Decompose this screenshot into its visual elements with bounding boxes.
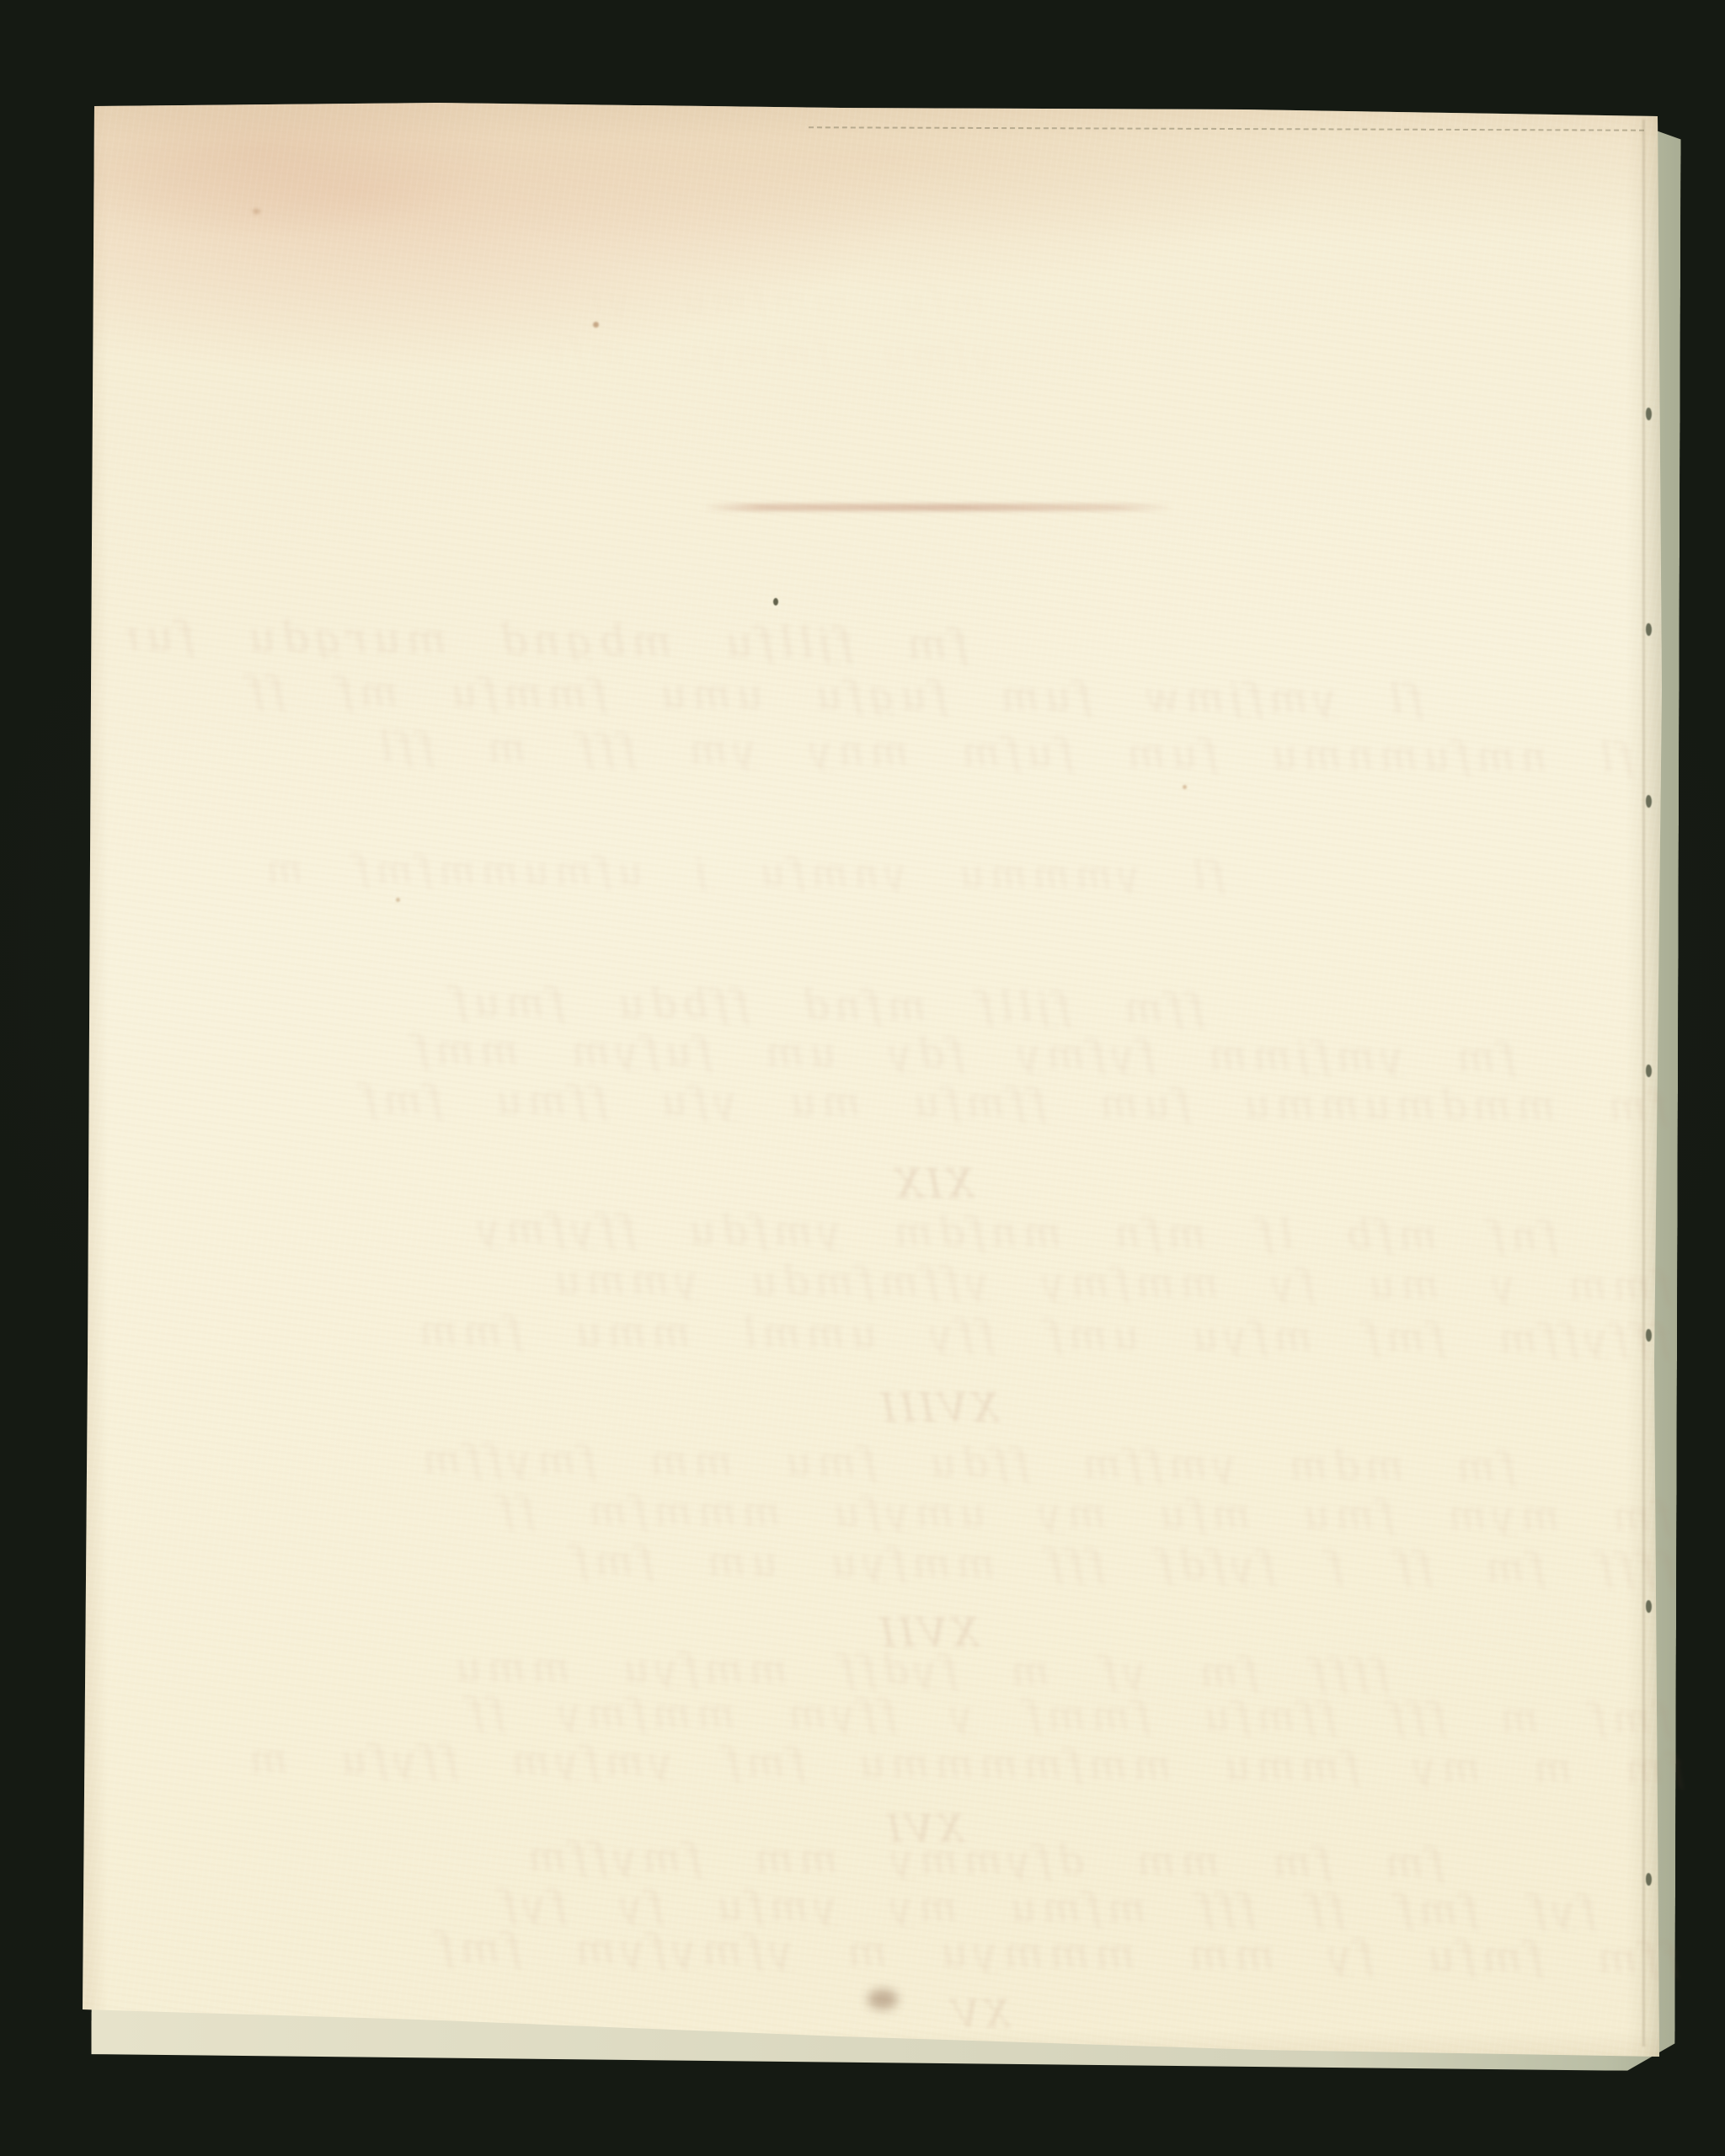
handwriting-bleedthrough-line: fyf fmf ff fff mfmu my ymfu fy fyf — [118, 1882, 1596, 1930]
handwriting-bleedthrough-line: yfmu fmmyu mfmf — [547, 334, 994, 374]
binding-stitch-mark — [1646, 1065, 1652, 1077]
paper-fleck — [868, 1989, 898, 2009]
binding-stitch-mark — [1646, 623, 1652, 636]
paper-fleck — [773, 598, 778, 606]
handwriting-bleedthrough-line: fm fjllfu mbgnd murgdu fumu f — [126, 615, 969, 665]
binding-stitch-mark — [1646, 1600, 1652, 1613]
stanza-numeral-bleedthrough: XIX — [861, 1164, 975, 1204]
stanza-numeral-bleedthrough: XV — [918, 1994, 1011, 2033]
paper-fleck — [396, 898, 400, 902]
handwriting-bleedthrough-line: mfu mmfmu ymf — [590, 282, 985, 321]
paper-fleck — [1183, 785, 1187, 789]
paper-fleck — [253, 209, 260, 214]
handwriting-bleedthrough-line: fl ymmmu ynmfu j ufmummfmf m — [227, 849, 1226, 894]
binding-stitch-mark — [1646, 1329, 1652, 1342]
stanza-numeral-bleedthrough: XVII — [841, 1613, 980, 1653]
handwriting-bleedthrough-line: fm mym fmu mfu my umyfu mmmfm ff — [118, 1488, 1672, 1537]
binding-stitch-mark — [1646, 795, 1652, 808]
binding-stitch-mark — [1646, 408, 1652, 420]
handwriting-bleedthrough-line: fmm y mu fy mmfmy yffmfmdu ymmu — [118, 1257, 1672, 1306]
handwriting-bleedthrough-line: fmf m fff ffmfu fmmf y ffym mmfmy ff — [118, 1690, 1672, 1739]
handwriting-bleedthrough-line: fm mmdmummu fum ffmfu mu yfu ffmu fmf — [118, 1078, 1668, 1127]
scanned-manuscript-page: { "scan": { "description": "Blank verso … — [0, 0, 1725, 2156]
stanza-numeral-bleedthrough: XVIII — [836, 1388, 1000, 1428]
binding-stitch-mark — [1646, 1873, 1652, 1886]
separator-rule-bleedthrough — [703, 504, 1173, 511]
paper-fleck — [593, 322, 599, 328]
